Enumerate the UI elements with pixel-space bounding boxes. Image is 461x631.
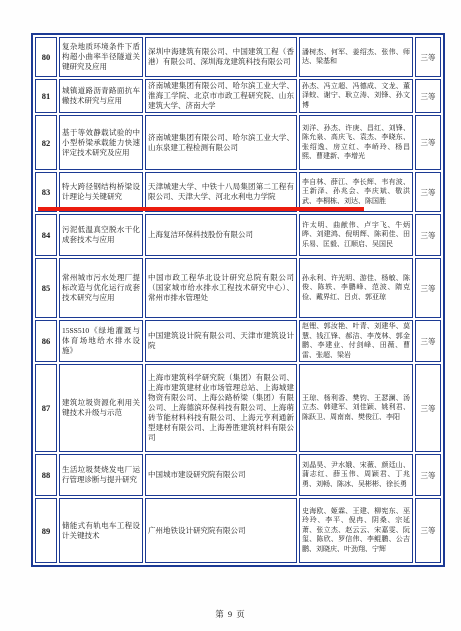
cell-grade: 三等 [415, 454, 441, 496]
cell-grade: 三等 [415, 214, 441, 256]
award-table: 80 复杂地质环境条件下盾构超小曲率半径隧道关键研究及应用 深圳中海建筑有限公司… [31, 33, 445, 567]
cell-people: 潘树杰、何军、姜绍杰、张伟、师达、梁基和 [299, 37, 413, 77]
cell-people: 孙杰、冯立超、冯德成、文龙、董泽蛟、谢宁、耿立涛、刘锋、孙文博 [299, 79, 413, 113]
cell-orgs: 深圳中海建筑有限公司、中国建筑工程（香港）有限公司、深圳海龙建筑科技有限公司 [145, 37, 297, 77]
cell-no: 82 [35, 115, 57, 170]
table-row-80: 80 复杂地质环境条件下盾构超小曲率半径隧道关键研究及应用 深圳中海建筑有限公司… [35, 37, 441, 77]
cell-grade: 三等 [415, 37, 441, 77]
cell-no: 87 [35, 364, 57, 452]
table-row-87: 87 建筑垃圾资源化利用关键技术升级与示范 上海市建筑科学研究院（集团）有限公司… [35, 364, 441, 452]
cell-title: 储能式有轨电车工程设计关键技术 [59, 498, 143, 563]
cell-people: 孙永利、许光明、游佳、杨敏、陈俊、陈轶、李鹏峰、范波、隋克俭、戴界红、吕贞、郭亚… [299, 258, 413, 318]
cell-people: 李自林、薛江、李长辉、韦有波、王新泽、孙兆会、李庆斌、敬洪武、李桐栋、刘达、陈国… [299, 172, 413, 212]
cell-orgs: 中国城市建设研究院有限公司 [145, 454, 297, 496]
cell-people: 许太明、曲献伟、卢宇飞、牛炳晔、刘建鸿、倪明辉、陈莉佳、田乐易、匡毅、江顺启、吴… [299, 214, 413, 256]
cell-people: 王琼、杨利香、樊钧、王瑟澜、汤立杰、韩建军、刘佳颖、姚利君、陈跃卫、周南南、樊俊… [299, 364, 413, 452]
cell-orgs: 济南城建集团有限公司、哈尔滨工业大学、山东泉建工程检测有限公司 [145, 115, 297, 170]
cell-people: 刘洋、孙杰、许庚、昌红、刘锋、陈允泉、高庆飞、袁杰、李晓东、张绍逸、房立红、李峤… [299, 115, 413, 170]
table-row-82: 82 基于等效静载试验的中小型桥梁承载能力快速评定技术研究及应用 济南城建集团有… [35, 115, 441, 170]
cell-orgs: 中国建筑设计院有限公司、天津市建筑设计院 [145, 320, 297, 362]
table-row-84: 84 污泥低温真空脱水干化成套技术与应用 上海复洁环保科技股份有限公司 许太明、… [35, 214, 441, 256]
cell-no: 81 [35, 79, 57, 113]
cell-no: 83 [35, 172, 57, 212]
table-row-83: 83 特大跨径钢结构桥梁设计理论与关键研究 天津城建大学、中铁十八局集团第二工程… [35, 172, 441, 212]
cell-title: 复杂地质环境条件下盾构超小曲率半径隧道关键研究及应用 [59, 37, 143, 77]
cell-orgs: 天津城建大学、中铁十八局集团第二工程有限公司、天津大学、河北水利电力学院 [145, 172, 297, 212]
cell-no: 89 [35, 498, 57, 563]
table-row-85: 85 常州城市污水处理厂提标改造与优化运行成套技术研究与应用 中国市政工程华北设… [35, 258, 441, 318]
cell-grade: 三等 [415, 258, 441, 318]
cell-people: 赵锂、郭汝艳、叶青、刘建华、莫慧、钱江锋、郝洁、李茂林、郭金鹏、李建业、付剑峰、… [299, 320, 413, 362]
table-row-81: 81 城镇道路沥青路面抗车辙技术研究与应用 济南城建集团有限公司、哈尔滨工业大学… [35, 79, 441, 113]
cell-people: 史海欧、姬霖、王建、柳宪东、巫玲玲、李平、倪冉、阴桑、宗延萧、张立杰、赵云云、宋… [299, 498, 413, 563]
cell-people: 刘晶昊、尹水娥、宋薇、颜廷山、蒲志红、薛玉伟、周颖君、丁兆勇、刘畅、陈冰、吴彬彬… [299, 454, 413, 496]
cell-grade: 三等 [415, 79, 441, 113]
cell-title: 污泥低温真空脱水干化成套技术与应用 [59, 214, 143, 256]
cell-title: 城镇道路沥青路面抗车辙技术研究与应用 [59, 79, 143, 113]
cell-orgs: 广州地铁设计研究院有限公司 [145, 498, 297, 563]
cell-no: 88 [35, 454, 57, 496]
document-page: 80 复杂地质环境条件下盾构超小曲率半径隧道关键研究及应用 深圳中海建筑有限公司… [0, 0, 461, 631]
cell-orgs: 上海复洁环保科技股份有限公司 [145, 214, 297, 256]
cell-no: 84 [35, 214, 57, 256]
table-row-88: 88 生活垃圾焚烧发电厂运行管理诊断与提升研究 中国城市建设研究院有限公司 刘晶… [35, 454, 441, 496]
table-row-86: 86 15SS510《绿地灌溉与体育场地给水排水设施》 中国建筑设计院有限公司、… [35, 320, 441, 362]
cell-title: 建筑垃圾资源化利用关键技术升级与示范 [59, 364, 143, 452]
red-underline-annotation [38, 207, 364, 211]
table-row-89: 89 储能式有轨电车工程设计关键技术 广州地铁设计研究院有限公司 史海欧、姬霖、… [35, 498, 441, 563]
cell-grade: 三等 [415, 364, 441, 452]
cell-no: 80 [35, 37, 57, 77]
cell-title: 特大跨径钢结构桥梁设计理论与关键研究 [59, 172, 143, 212]
cell-grade: 三等 [415, 115, 441, 170]
cell-title: 生活垃圾焚烧发电厂运行管理诊断与提升研究 [59, 454, 143, 496]
cell-orgs: 中国市政工程华北设计研究总院有限公司（国家城市给水排水工程技术研究中心）、常州市… [145, 258, 297, 318]
cell-title: 基于等效静载试验的中小型桥梁承载能力快速评定技术研究及应用 [59, 115, 143, 170]
cell-title: 15SS510《绿地灌溉与体育场地给水排水设施》 [59, 320, 143, 362]
cell-grade: 三等 [415, 172, 441, 212]
cell-orgs: 济南城建集团有限公司、哈尔滨工业大学、淮海工学院、北京市市政工程研究院、山东建筑… [145, 79, 297, 113]
page-number: 第 9 页 [0, 608, 461, 620]
cell-no: 86 [35, 320, 57, 362]
cell-title: 常州城市污水处理厂提标改造与优化运行成套技术研究与应用 [59, 258, 143, 318]
cell-grade: 三等 [415, 498, 441, 563]
cell-no: 85 [35, 258, 57, 318]
cell-orgs: 上海市建筑科学研究院（集团）有限公司、上海市建筑建材业市场管理总站、上海城建物资… [145, 364, 297, 452]
cell-grade: 三等 [415, 320, 441, 362]
